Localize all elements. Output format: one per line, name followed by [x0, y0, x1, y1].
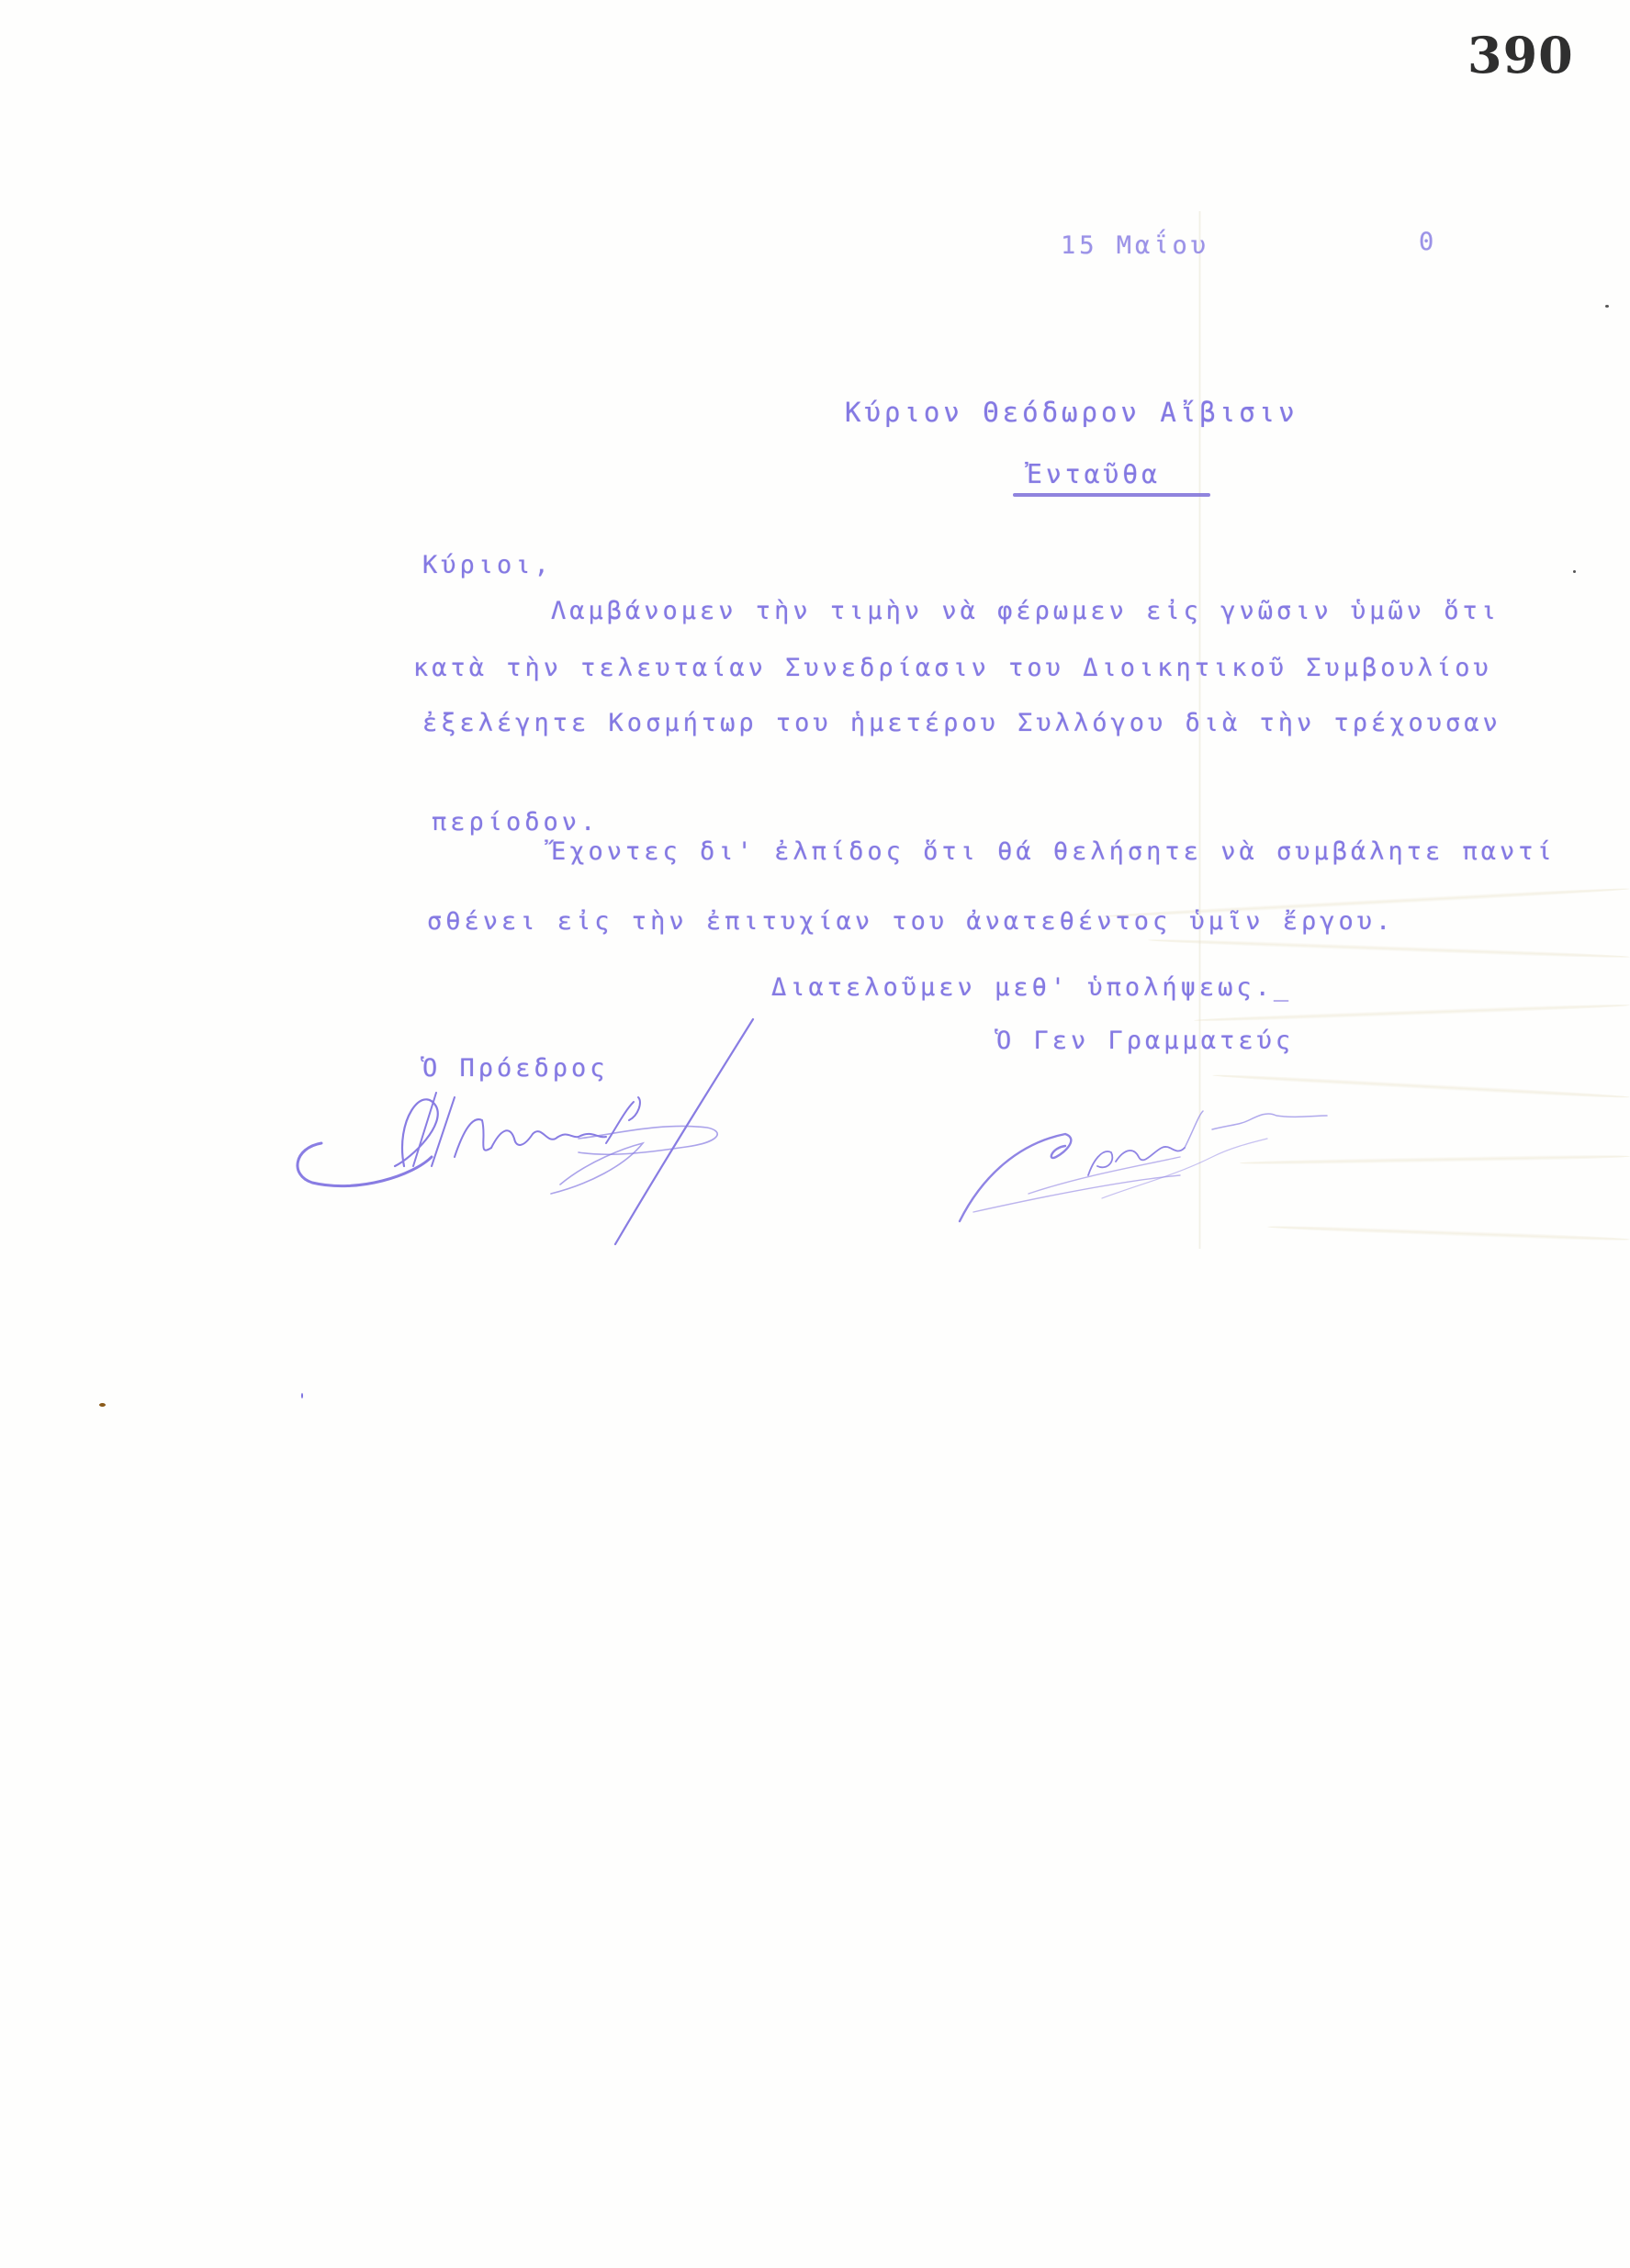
body-line: Λαμβάνομεν τὴν τιμὴν νὰ φέρωμεν εἰς γνῶσ…	[551, 597, 1500, 625]
date-mark: 0	[1419, 228, 1437, 256]
signature-secretary	[918, 1074, 1377, 1230]
ink-speck	[301, 1393, 303, 1398]
body-line: ἐξελέγητε Κοσμήτωρ του ἡμετέρου Συλλόγου…	[422, 709, 1501, 737]
salutation: Κύριοι,	[422, 551, 553, 579]
body-line: σθένει εἰς τὴν ἐπιτυχίαν του ἀνατεθέντος…	[427, 907, 1394, 936]
letter-date: 15 Μαΐου	[1061, 231, 1209, 260]
recipient-underline	[1013, 493, 1210, 497]
closing: Διατελοῦμεν μεθ' ὑπολήψεως._	[771, 973, 1292, 1002]
ink-speck	[1605, 305, 1609, 308]
recipient-location: Ἐνταῦθα	[1027, 459, 1161, 489]
body-line: κατὰ τὴν τελευταίαν Συνεδρίασιν του Διοι…	[413, 654, 1492, 682]
ink-speck	[99, 1403, 106, 1407]
recipient-name: Κύριον Θεόδωρον Αἴβισιν	[845, 397, 1298, 428]
signature-president	[275, 1019, 826, 1249]
signatory-title-secretary: Ὁ Γεν Γραμματεύς	[996, 1027, 1294, 1055]
body-line: Ἔχοντες δι' ἐλπίδος ὅτι θά θελήσητε νὰ σ…	[551, 837, 1556, 866]
body-line: περίοδον.	[432, 808, 599, 836]
ink-speck	[1573, 570, 1576, 573]
page-number: 390	[1467, 26, 1574, 84]
